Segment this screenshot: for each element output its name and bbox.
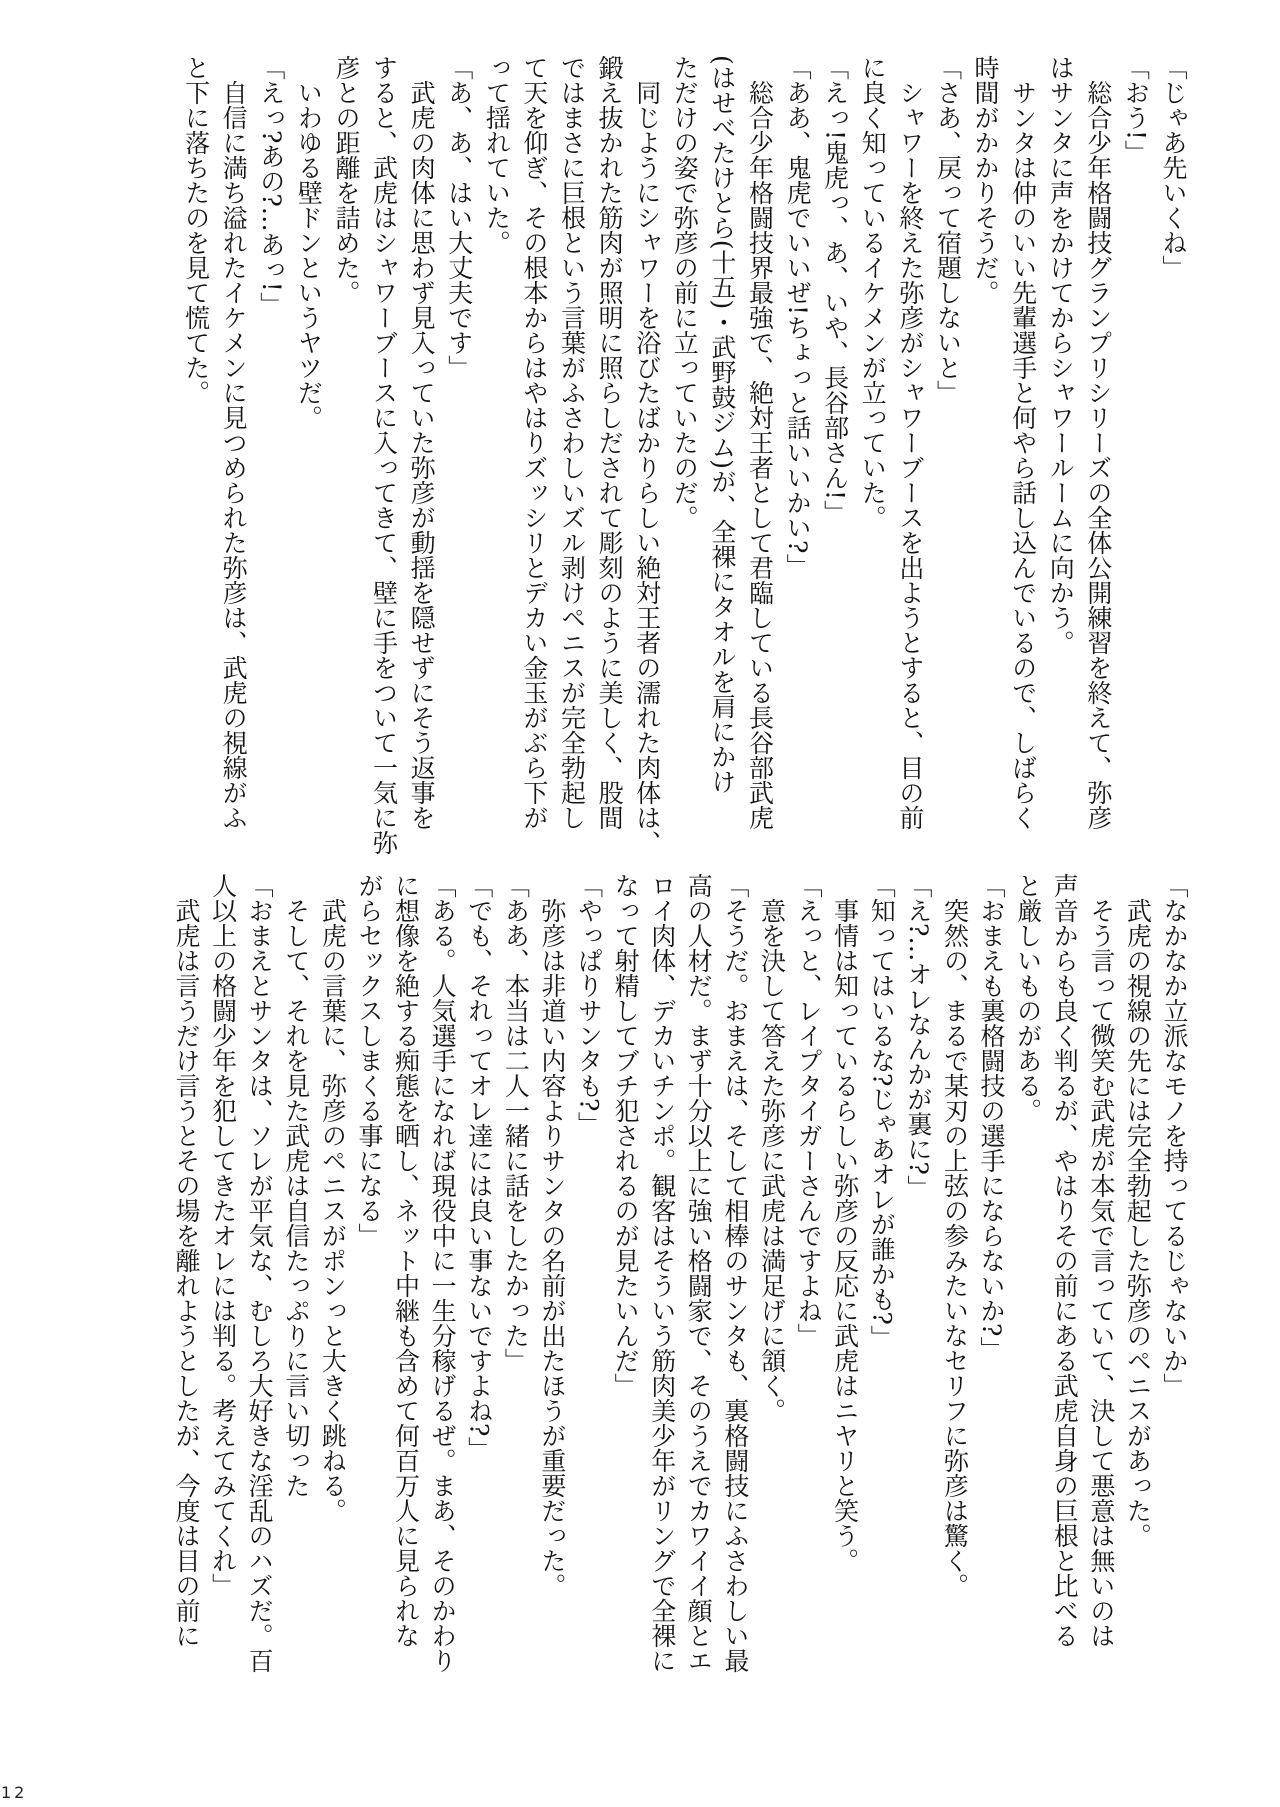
text-line: に良く知っているイケメンが立っていた。 [854, 55, 892, 860]
text-line: そして、それを見た武虎は自信たっぷりに言い切った [277, 873, 314, 1678]
text-line: (はせべたけとら(十五)・武野鼓ジム)が、全裸にタオルを肩にかけ [703, 55, 741, 860]
text-line: 事情は知っているらしい弥彦の反応に武虎はニヤリと笑う。 [826, 873, 863, 1678]
text-line: ロイ肉体、デカいチンポ。観客はそういう筋肉美少年がリングで全裸に [643, 873, 680, 1678]
text-line: 弥彦は非道い内容よりサンタの名前が出たほうが重要だった。 [533, 873, 570, 1678]
text-line: 総合少年格闘技グランプリシリーズの全体公開練習を終えて、弥彦 [1079, 55, 1117, 860]
text-line: サンタは仲のいい先輩選手と何やら話し込んでいるので、しばらく [1004, 55, 1042, 860]
text-line: 「やっぱりサンタも?」 [570, 873, 607, 1678]
text-line: 声音からも良く判るが、やはりその前にある武虎自身の巨根と比べる [1046, 873, 1083, 1678]
text-line: 高の人材だ。まず十分以上に強い格闘家で、そのうえでカワイイ顔とエ [680, 873, 717, 1678]
text-line: て天を仰ぎ、その根本からはやはりズッシリとデカい金玉がぶら下が [515, 55, 553, 860]
text-line: 「あ、あ、はい大丈夫です」 [440, 55, 478, 860]
text-line: 「ある。人気選手になれば現役中に一生分稼げるぜ。まあ、そのかわり [424, 873, 461, 1678]
text-line: 「おまえも裏格闘技の選手にならないか?」 [972, 873, 1009, 1678]
text-line: 「おまえとサンタは、ソレが平気な、むしろ大好きな淫乱のハズだ。百 [241, 873, 278, 1678]
text-line: と厳しいものがある。 [1009, 873, 1046, 1678]
text-line: 「ああ、本当は二人一緒に話をしたかった」 [497, 873, 534, 1678]
text-block-bottom: 「なかなか立派なモノを持ってるじゃないか」 武虎の視線の先には完全勃起した弥彦の… [167, 873, 1192, 1678]
text-line: すると、武虎はシャワーブースに入ってきて、壁に手をついて一気に弥 [365, 55, 403, 860]
novel-page: 「じゃあ先いくね」「おう!」 総合少年格闘技グランプリシリーズの全体公開練習を終… [0, 0, 1280, 1807]
text-line: ではまさに巨根という言葉がふさわしいズル剥けペニスが完全勃起し [553, 55, 591, 860]
text-line: 「知ってはいるな?じゃあオレが誰かも?」 [863, 873, 900, 1678]
text-line: そう言って微笑む武虎が本気で言っていて、決して悪意は無いのは [1082, 873, 1119, 1678]
text-line: 総合少年格闘技界最強で、絶対王者として君臨している長谷部武虎 [741, 55, 779, 860]
text-line: ただけの姿で弥彦の前に立っていたのだ。 [666, 55, 704, 860]
text-line: 意を決して答えた弥彦に武虎は満足げに頷く。 [753, 873, 790, 1678]
text-line: 「ああ、鬼虎でいいぜ!ちょっと話いいかい?」 [778, 55, 816, 860]
page-number: 12 [1, 1783, 27, 1802]
text-line: はサンタに声をかけてからシャワールームに向かう。 [1042, 55, 1080, 860]
text-line: と下に落ちたのを見て慌てた。 [177, 55, 215, 860]
text-line: 「えっ?あの?…あっ!」 [252, 55, 290, 860]
text-line: 「おう!」 [1117, 55, 1155, 860]
text-line: 突然の、まるで某刃の上弦の参みたいなセリフに弥彦は驚く。 [936, 873, 973, 1678]
text-line: 武虎の肉体に思わず見入っていた弥彦が動揺を隠せずにそう返事を [403, 55, 441, 860]
text-line: 武虎は言うだけ言うとその場を離れようとしたが、今度は目の前に [167, 873, 204, 1678]
text-line: 自信に満ち溢れたイケメンに見つめられた弥彦は、武虎の視線がふ [215, 55, 253, 860]
text-line: いわゆる壁ドンというヤツだ。 [290, 55, 328, 860]
text-line: 「えっ!鬼虎っ、あ、いや、長谷部さん!」 [816, 55, 854, 860]
text-line: 「え?…オレなんかが裏に?」 [899, 873, 936, 1678]
text-line: 「そうだ。おまえは、そして相棒のサンタも、裏格闘技にふさわしい最 [716, 873, 753, 1678]
text-line: 鍛え抜かれた筋肉が照明に照らしだされて彫刻のように美しく、股間 [591, 55, 629, 860]
text-line: 彦との距離を詰めた。 [327, 55, 365, 860]
text-line: 武虎の言葉に、弥彦のペニスがポンっと大きく跳ねる。 [314, 873, 351, 1678]
text-line: シャワーを終えた弥彦がシャワーブースを出ようとすると、目の前 [891, 55, 929, 860]
text-line: に想像を絶する痴態を晒し、ネット中継も含めて何百万人に見られな [387, 873, 424, 1678]
text-line: 時間がかかりそうだ。 [966, 55, 1004, 860]
text-line: 「えっと、レイプタイガーさんですよね」 [789, 873, 826, 1678]
text-line: 同じようにシャワーを浴びたばかりらしい絶対王者の濡れた肉体は、 [628, 55, 666, 860]
text-line: 「なかなか立派なモノを持ってるじゃないか」 [1155, 873, 1192, 1678]
text-line: 人以上の格闘少年を犯してきたオレには判る。考えてみてくれ」 [204, 873, 241, 1678]
text-block-top: 「じゃあ先いくね」「おう!」 総合少年格闘技グランプリシリーズの全体公開練習を終… [177, 55, 1192, 860]
text-line: 武虎の視線の先には完全勃起した弥彦のペニスがあった。 [1119, 873, 1156, 1678]
text-line: がらセックスしまくる事になる」 [350, 873, 387, 1678]
text-line: って揺れていた。 [478, 55, 516, 860]
text-line: 「さあ、戻って宿題しないと」 [929, 55, 967, 860]
text-line: なって射精してブチ犯されるのが見たいんだ」 [607, 873, 644, 1678]
text-line: 「でも、それってオレ達には良い事ないですよね?」 [460, 873, 497, 1678]
text-line: 「じゃあ先いくね」 [1154, 55, 1192, 860]
